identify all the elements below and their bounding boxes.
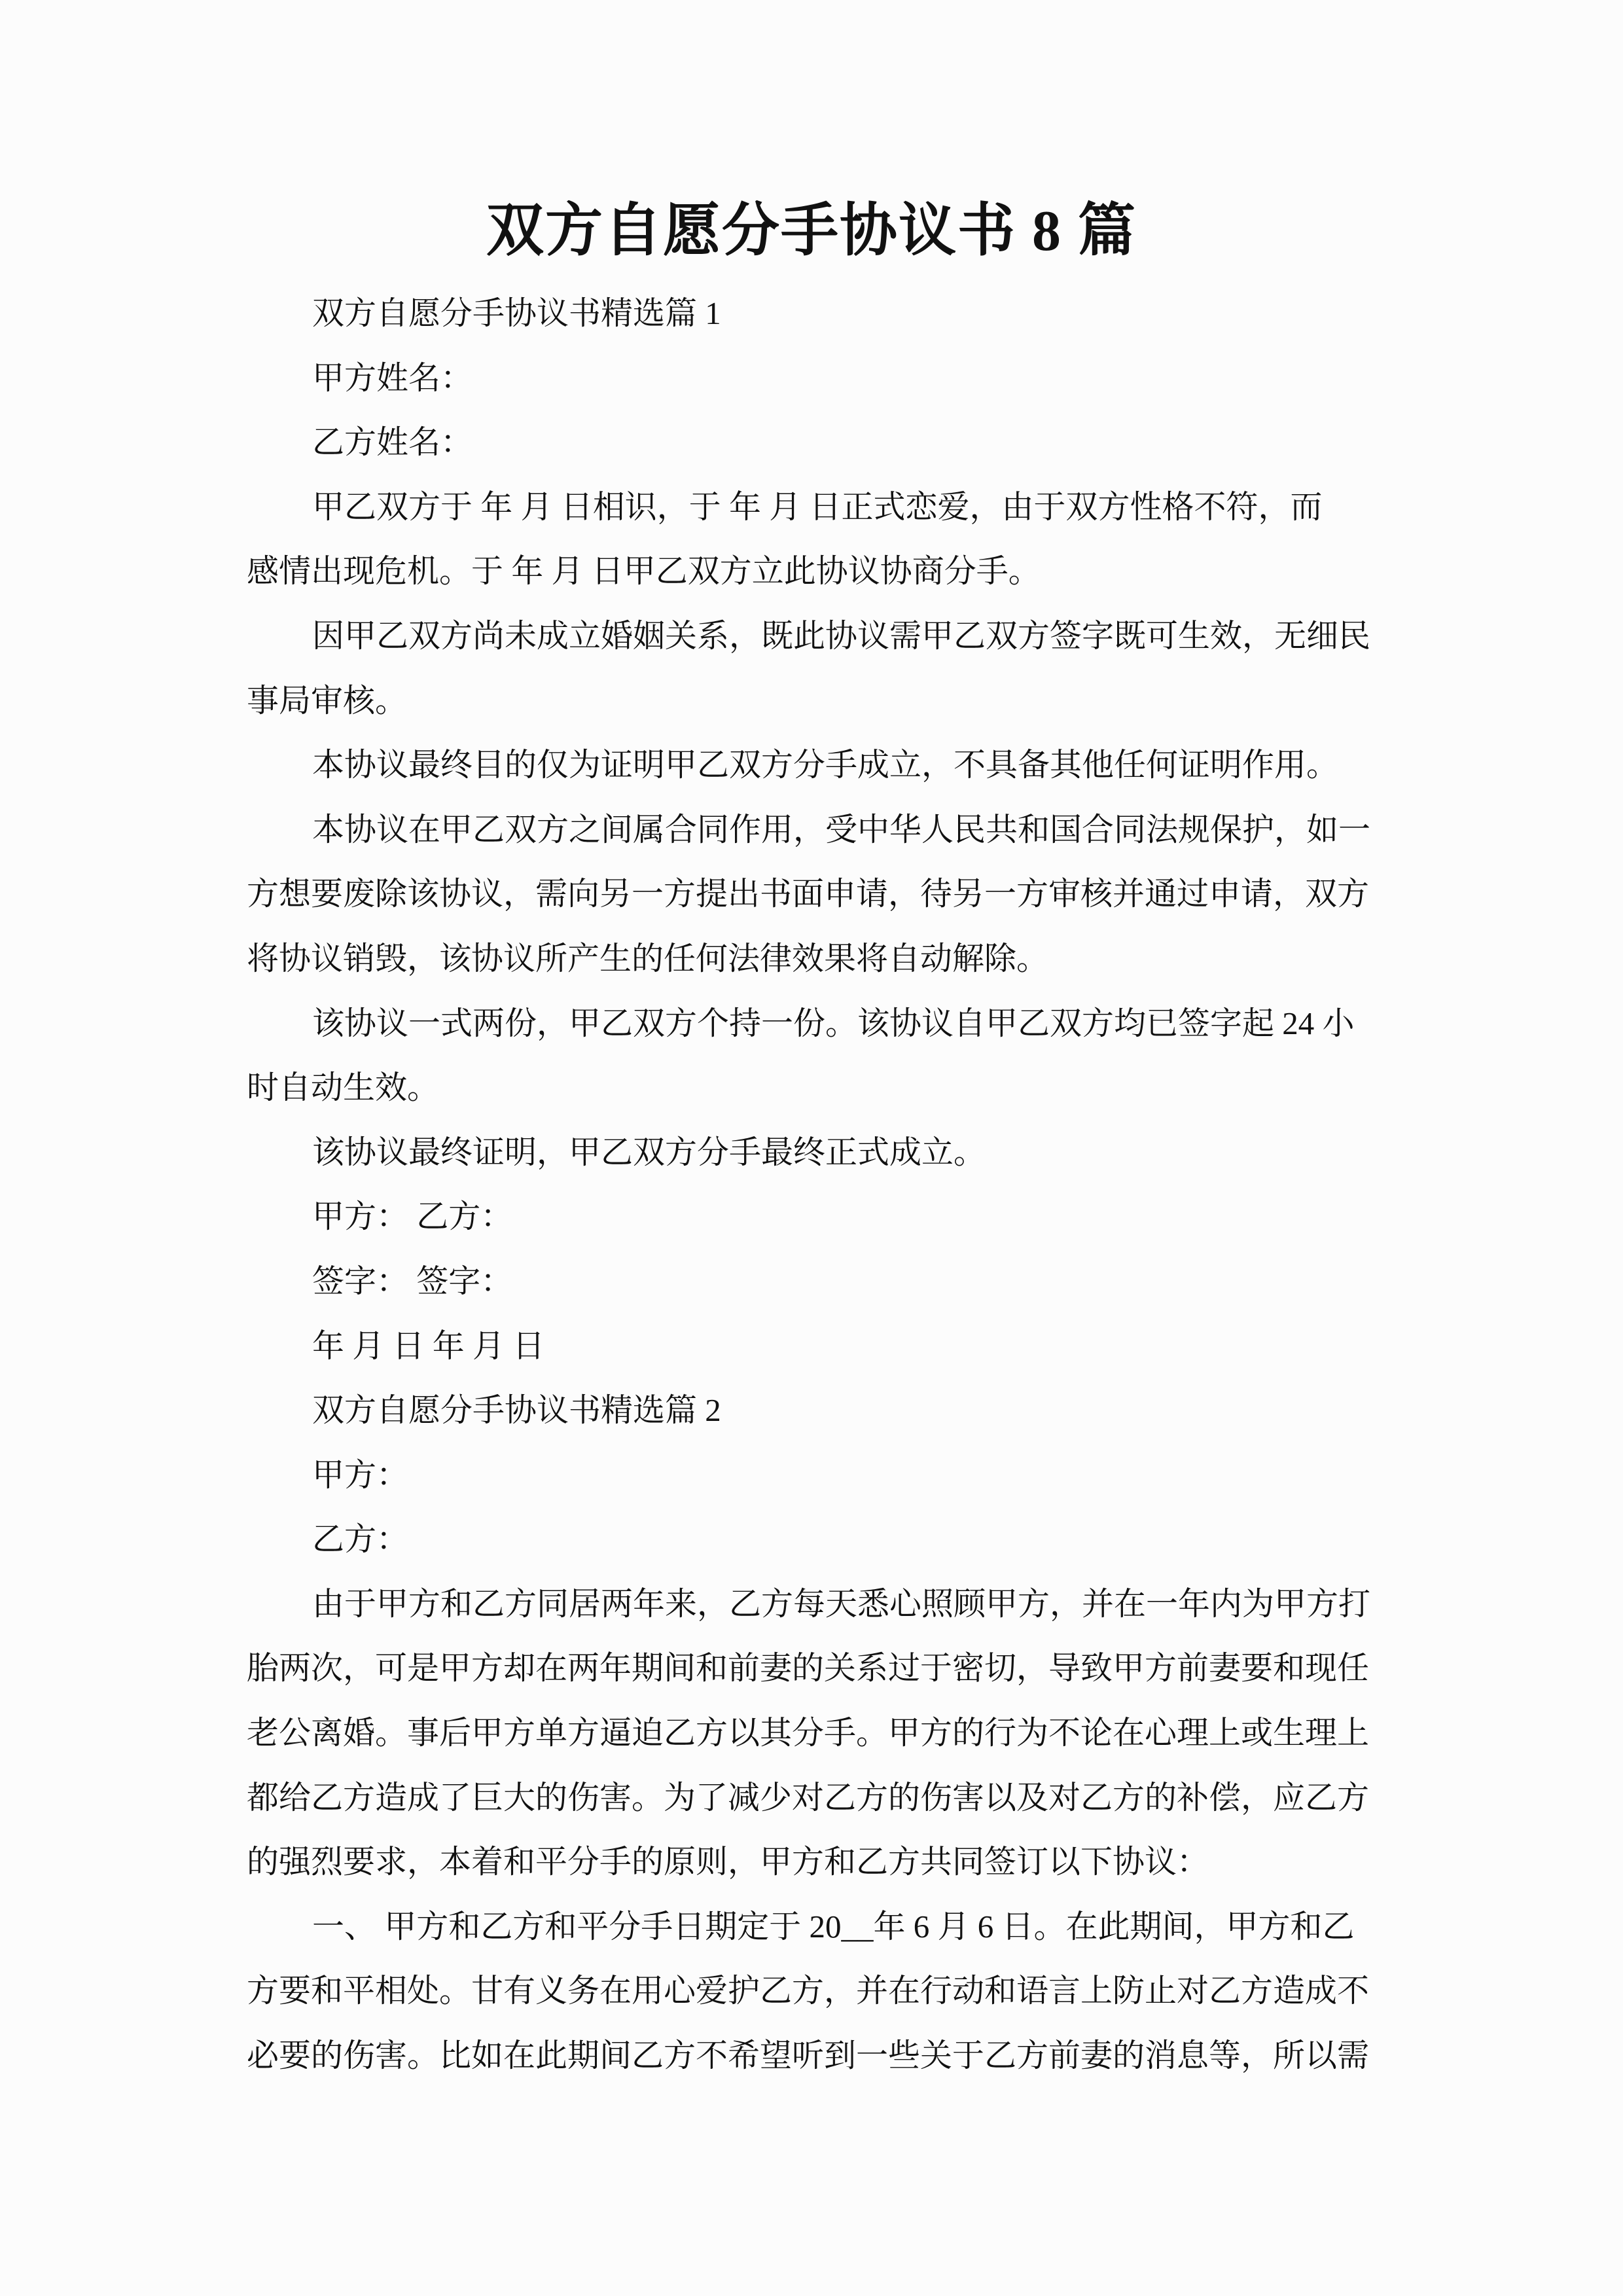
text-line: 本协议在甲乙双方之间属合同作用，受中华人民共和国合同法规保护，如一 [247,798,1383,863]
document-page: 双方自愿分手协议书 8 篇 双方自愿分手协议书精选篇 1甲方姓名：乙方姓名：甲乙… [0,0,1623,2296]
text-line: 本协议最终目的仅为证明甲乙双方分手成立，不具备其他任何证明作用。 [247,733,1383,798]
document-body: 双方自愿分手协议书精选篇 1甲方姓名：乙方姓名：甲乙双方于 年 月 日相识，于 … [247,281,1383,2089]
text-line: 事局审核。 [247,669,1383,734]
text-line: 年 月 日 年 月 日 [247,1314,1383,1379]
text-line: 由于甲方和乙方同居两年来，乙方每天悉心照顾甲方，并在一年内为甲方打 [247,1572,1383,1637]
text-line: 都给乙方造成了巨大的伤害。为了减少对乙方的伤害以及对乙方的补偿，应乙方 [247,1766,1383,1831]
text-line: 该协议一式两份，甲乙双方个持一份。该协议自甲乙双方均已签字起 24 小 [247,992,1383,1056]
text-line: 该协议最终证明，甲乙双方分手最终正式成立。 [247,1121,1383,1185]
text-line: 甲乙双方于 年 月 日相识，于 年 月 日正式恋爱，由于双方性格不符，而 [247,475,1383,540]
text-line: 双方自愿分手协议书精选篇 2 [247,1378,1383,1443]
text-line: 甲方： 乙方： [247,1185,1383,1249]
text-line: 将协议销毁，该协议所产生的任何法律效果将自动解除。 [247,927,1383,992]
text-line: 乙方： [247,1507,1383,1572]
text-line: 时自动生效。 [247,1056,1383,1121]
text-line: 签字： 签字： [247,1249,1383,1314]
text-line: 的强烈要求，本着和平分手的原则，甲方和乙方共同签订以下协议： [247,1830,1383,1895]
text-line: 胎两次，可是甲方却在两年期间和前妻的关系过于密切，导致甲方前妻要和现任 [247,1636,1383,1701]
text-line: 方想要废除该协议，需向另一方提出书面申请，待另一方审核并通过申请，双方 [247,862,1383,927]
text-line: 必要的伤害。比如在此期间乙方不希望听到一些关于乙方前妻的消息等，所以需 [247,2024,1383,2089]
document-title: 双方自愿分手协议书 8 篇 [0,0,1623,267]
text-line: 老公离婚。事后甲方单方逼迫乙方以其分手。甲方的行为不论在心理上或生理上 [247,1701,1383,1766]
text-line: 双方自愿分手协议书精选篇 1 [247,281,1383,346]
text-line: 一、 甲方和乙方和平分手日期定于 20__年 6 月 6 日。在此期间，甲方和乙 [247,1895,1383,1960]
text-line: 感情出现危机。于 年 月 日甲乙双方立此协议协商分手。 [247,539,1383,604]
text-line: 因甲乙双方尚未成立婚姻关系，既此协议需甲乙双方签字既可生效，无细民 [247,604,1383,669]
text-line: 方要和平相处。甘有义务在用心爱护乙方，并在行动和语言上防止对乙方造成不 [247,1959,1383,2024]
text-line: 甲方姓名： [247,346,1383,411]
text-line: 乙方姓名： [247,410,1383,475]
text-line: 甲方： [247,1443,1383,1508]
